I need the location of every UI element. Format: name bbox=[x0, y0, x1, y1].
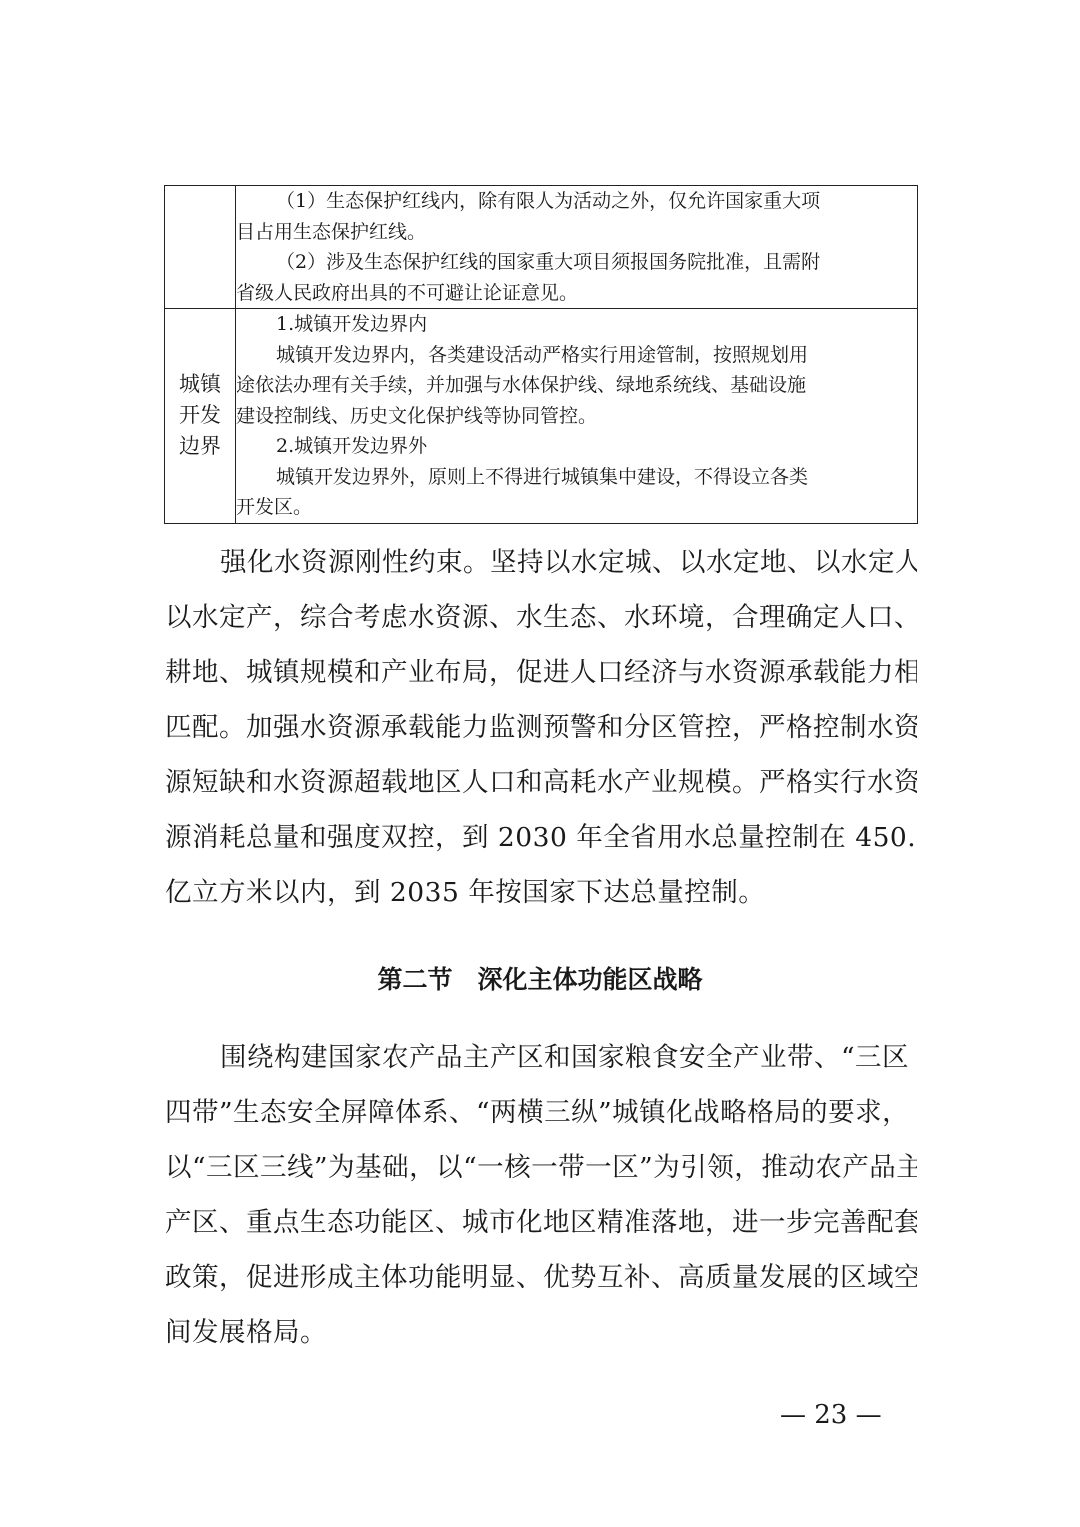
content-subheading: 1.城镇开发边界内 bbox=[236, 309, 917, 340]
paragraph-line: 四带”生态安全屏障体系、“两横三纵”城镇化战略格局的要求， bbox=[165, 1085, 917, 1140]
content-line: 开发区。 bbox=[236, 492, 917, 523]
table-row-ecological-red-line: （1）生态保护红线内，除有限人为活动之外，仅允许国家重大项 目占用生态保护红线。… bbox=[165, 186, 918, 309]
paragraph-line: 源短缺和水资源超载地区人口和高耗水产业规模。严格实行水资 bbox=[165, 755, 917, 810]
paragraph-line: 以“三区三线”为基础，以“一核一带一区”为引领，推动农产品主 bbox=[165, 1140, 917, 1195]
content-subheading: 2.城镇开发边界外 bbox=[236, 431, 917, 462]
document-page: （1）生态保护红线内，除有限人为活动之外，仅允许国家重大项 目占用生态保护红线。… bbox=[0, 0, 1080, 1527]
paragraph-line: 亿立方米以内，到 2035 年按国家下达总量控制。 bbox=[165, 865, 917, 920]
paragraph-line: 围绕构建国家农产品主产区和国家粮食安全产业带、“三区 bbox=[165, 1030, 917, 1085]
paragraph-line: 产区、重点生态功能区、城市化地区精准落地，进一步完善配套 bbox=[165, 1195, 917, 1250]
row-label-cell bbox=[165, 186, 236, 309]
row-label-line: 城镇 bbox=[165, 369, 235, 400]
content-line: （2）涉及生态保护红线的国家重大项目须报国务院批准，且需附 bbox=[236, 247, 917, 278]
paragraph-line: 以水定产，综合考虑水资源、水生态、水环境，合理确定人口、 bbox=[165, 590, 917, 645]
content-line: 目占用生态保护红线。 bbox=[236, 217, 917, 248]
content-line: 城镇开发边界内，各类建设活动严格实行用途管制，按照规划用 bbox=[236, 340, 917, 371]
table-row-urban-development-boundary: 城镇 开发 边界 1.城镇开发边界内 城镇开发边界内，各类建设活动严格实行用途管… bbox=[165, 309, 918, 524]
row-content-cell: 1.城镇开发边界内 城镇开发边界内，各类建设活动严格实行用途管制，按照规划用 途… bbox=[236, 309, 918, 524]
content-line: 途依法办理有关手续，并加强与水体保护线、绿地系统线、基础设施 bbox=[236, 370, 917, 401]
paragraph-line: 源消耗总量和强度双控，到 2030 年全省用水总量控制在 450.18 bbox=[165, 810, 917, 865]
paragraph-line: 匹配。加强水资源承载能力监测预警和分区管控，严格控制水资 bbox=[165, 700, 917, 755]
row-label-line: 边界 bbox=[165, 431, 235, 462]
paragraph-line: 政策，促进形成主体功能明显、优势互补、高质量发展的区域空 bbox=[165, 1250, 917, 1305]
paragraph-water-resources: 强化水资源刚性约束。坚持以水定城、以水定地、以水定人、 以水定产，综合考虑水资源… bbox=[165, 535, 917, 920]
paragraph-line: 间发展格局。 bbox=[165, 1305, 917, 1360]
content-line: 省级人民政府出具的不可避让论证意见。 bbox=[236, 278, 917, 309]
content-line: 建设控制线、历史文化保护线等协同管控。 bbox=[236, 401, 917, 432]
content-line: （1）生态保护红线内，除有限人为活动之外，仅允许国家重大项 bbox=[236, 186, 917, 217]
paragraph-main-functional-zones: 围绕构建国家农产品主产区和国家粮食安全产业带、“三区 四带”生态安全屏障体系、“… bbox=[165, 1030, 917, 1360]
content-line: 城镇开发边界外，原则上不得进行城镇集中建设，不得设立各类 bbox=[236, 462, 917, 493]
row-content-cell: （1）生态保护红线内，除有限人为活动之外，仅允许国家重大项 目占用生态保护红线。… bbox=[236, 186, 918, 309]
page-number: — 23 — bbox=[780, 1400, 882, 1430]
row-label-cell: 城镇 开发 边界 bbox=[165, 309, 236, 524]
paragraph-line: 耕地、城镇规模和产业布局，促进人口经济与水资源承载能力相 bbox=[165, 645, 917, 700]
row-label-line: 开发 bbox=[165, 400, 235, 431]
control-rules-table: （1）生态保护红线内，除有限人为活动之外，仅允许国家重大项 目占用生态保护红线。… bbox=[164, 185, 918, 524]
paragraph-line: 强化水资源刚性约束。坚持以水定城、以水定地、以水定人、 bbox=[165, 535, 917, 590]
section-title: 第二节 深化主体功能区战略 bbox=[0, 960, 1080, 996]
